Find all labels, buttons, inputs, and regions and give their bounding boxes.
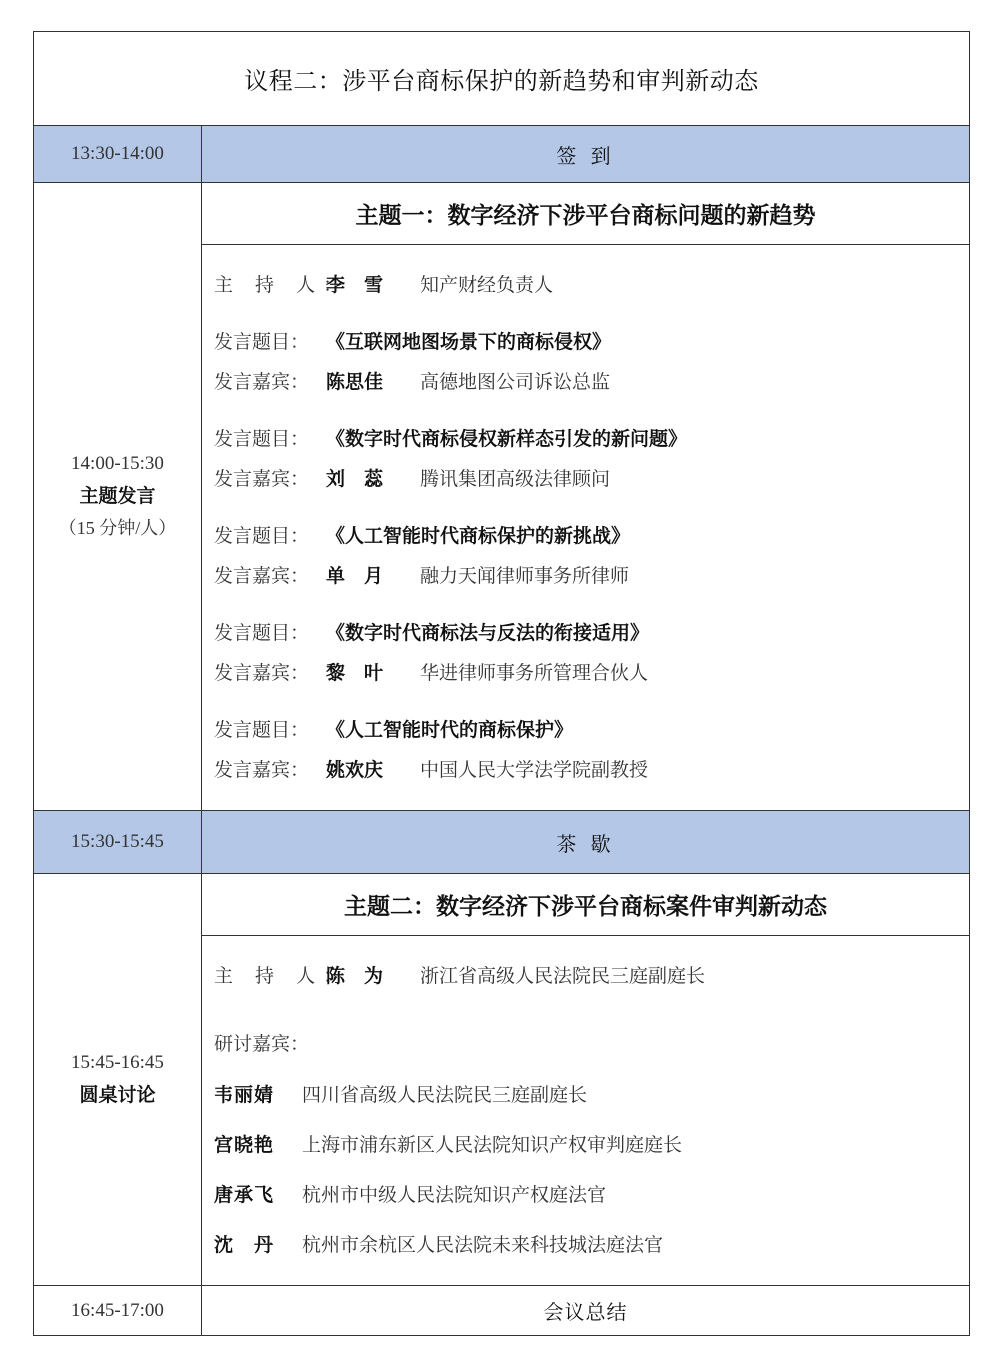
row-checkin: 13:30-14:00 签 到	[34, 125, 969, 182]
host-line: 主 持 人： 李 雪 知产财经负责人	[214, 265, 969, 305]
theme-two-heading: 主题二：数字经济下涉平台商标案件审判新动态	[202, 874, 969, 936]
panelist-name: 韦丽婧	[214, 1075, 302, 1115]
roundtable-session: 圆桌讨论	[79, 1080, 155, 1107]
speaker-name: 刘 蕊	[326, 459, 408, 499]
talk-topic: 《人工智能时代的商标保护》	[326, 710, 573, 750]
talk-list: 主 持 人： 李 雪 知产财经负责人 发言题目：《互联网地图场景下的商标侵权》 …	[202, 245, 969, 790]
panelist-item: 宫晓艳上海市浦东新区人民法院知识产权审判庭庭长	[214, 1125, 969, 1175]
host-name: 陈 为	[326, 956, 408, 996]
roundtable-time: 15:45-16:45	[71, 1052, 164, 1074]
talk-topic: 《数字时代商标法与反法的衔接适用》	[326, 613, 649, 653]
talk-item: 发言题目：《人工智能时代的商标保护》 发言嘉宾：姚欢庆中国人民大学法学院副教授	[214, 710, 969, 790]
host-name: 李 雪	[326, 265, 408, 305]
topic-label: 发言题目：	[214, 613, 326, 653]
time-cell: 15:45-16:45 圆桌讨论	[34, 874, 202, 1285]
agenda-page: 议程二：涉平台商标保护的新趋势和审判新动态 13:30-14:00 签 到 14…	[0, 0, 1001, 1364]
topic-label: 发言题目：	[214, 419, 326, 459]
speaker-affil: 华进律师事务所管理合伙人	[420, 653, 648, 693]
speaker-name: 陈思佳	[326, 362, 408, 402]
row-break: 15:30-15:45 茶 歇	[34, 810, 969, 873]
closing-label: 会议总结	[202, 1286, 969, 1335]
row-keynote: 14:00-15:30 主题发言 （15 分钟/人） 主题一：数字经济下涉平台商…	[34, 182, 969, 810]
time-cell: 14:00-15:30 主题发言 （15 分钟/人）	[34, 183, 202, 810]
agenda-table: 议程二：涉平台商标保护的新趋势和审判新动态 13:30-14:00 签 到 14…	[33, 31, 970, 1336]
checkin-label: 签 到	[202, 126, 969, 182]
row-closing: 16:45-17:00 会议总结	[34, 1285, 969, 1335]
talk-item: 发言题目：《人工智能时代商标保护的新挑战》 发言嘉宾：单 月融力天闻律师事务所律…	[214, 516, 969, 596]
time-cell: 16:45-17:00	[34, 1286, 202, 1335]
speaker-name: 黎 叶	[326, 653, 408, 693]
panelist-affil: 杭州市余杭区人民法院未来科技城法庭法官	[302, 1225, 663, 1265]
panel-list: 主 持 人： 陈 为 浙江省高级人民法院民三庭副庭长 研讨嘉宾： 韦丽婧四川省高…	[202, 936, 969, 1275]
speaker-affil: 高德地图公司诉讼总监	[420, 362, 610, 402]
host-affil: 知产财经负责人	[420, 265, 553, 305]
talk-item: 发言题目：《互联网地图场景下的商标侵权》 发言嘉宾：陈思佳高德地图公司诉讼总监	[214, 322, 969, 402]
topic-label: 发言题目：	[214, 516, 326, 556]
keynote-note: （15 分钟/人）	[59, 514, 177, 540]
panel-label-line: 研讨嘉宾：	[214, 1024, 969, 1064]
talk-item: 发言题目：《数字时代商标法与反法的衔接适用》 发言嘉宾：黎 叶华进律师事务所管理…	[214, 613, 969, 693]
talk-topic: 《数字时代商标侵权新样态引发的新问题》	[326, 419, 687, 459]
panelist-item: 唐承飞杭州市中级人民法院知识产权庭法官	[214, 1175, 969, 1225]
panelist-name: 宫晓艳	[214, 1125, 302, 1165]
host-affil: 浙江省高级人民法院民三庭副庭长	[420, 956, 705, 996]
talk-topic: 《人工智能时代商标保护的新挑战》	[326, 516, 630, 556]
time-cell: 13:30-14:00	[34, 126, 202, 182]
panelist-item: 韦丽婧四川省高级人民法院民三庭副庭长	[214, 1075, 969, 1125]
keynote-session: 主题发言	[79, 481, 155, 508]
speaker-label: 发言嘉宾：	[214, 362, 326, 402]
time-cell: 15:30-15:45	[34, 811, 202, 873]
break-label: 茶 歇	[202, 811, 969, 873]
panelist-name: 唐承飞	[214, 1175, 302, 1215]
speaker-label: 发言嘉宾：	[214, 653, 326, 693]
keynote-time: 14:00-15:30	[71, 453, 164, 475]
speaker-label: 发言嘉宾：	[214, 459, 326, 499]
row-roundtable: 15:45-16:45 圆桌讨论 主题二：数字经济下涉平台商标案件审判新动态 主…	[34, 873, 969, 1285]
panelist-name: 沈 丹	[214, 1225, 302, 1265]
topic-label: 发言题目：	[214, 322, 326, 362]
speaker-label: 发言嘉宾：	[214, 750, 326, 790]
talk-topic: 《互联网地图场景下的商标侵权》	[326, 322, 611, 362]
speaker-name: 姚欢庆	[326, 750, 408, 790]
host-line: 主 持 人： 陈 为 浙江省高级人民法院民三庭副庭长	[214, 956, 969, 996]
host-label: 主 持 人：	[214, 956, 326, 996]
talk-item: 发言题目：《数字时代商标侵权新样态引发的新问题》 发言嘉宾：刘 蕊腾讯集团高级法…	[214, 419, 969, 499]
speaker-affil: 腾讯集团高级法律顾问	[420, 459, 610, 499]
panel-label: 研讨嘉宾：	[214, 1024, 326, 1064]
host-label: 主 持 人：	[214, 265, 326, 305]
panelist-affil: 四川省高级人民法院民三庭副庭长	[302, 1075, 587, 1115]
speaker-name: 单 月	[326, 556, 408, 596]
agenda-title: 议程二：涉平台商标保护的新趋势和审判新动态	[34, 32, 969, 125]
panelist-affil: 杭州市中级人民法院知识产权庭法官	[302, 1175, 606, 1215]
panelist-item: 沈 丹杭州市余杭区人民法院未来科技城法庭法官	[214, 1225, 969, 1275]
topic-label: 发言题目：	[214, 710, 326, 750]
speaker-affil: 中国人民大学法学院副教授	[420, 750, 648, 790]
speaker-affil: 融力天闻律师事务所律师	[420, 556, 629, 596]
panelist-affil: 上海市浦东新区人民法院知识产权审判庭庭长	[302, 1125, 682, 1165]
speaker-label: 发言嘉宾：	[214, 556, 326, 596]
theme-one-heading: 主题一：数字经济下涉平台商标问题的新趋势	[202, 183, 969, 245]
